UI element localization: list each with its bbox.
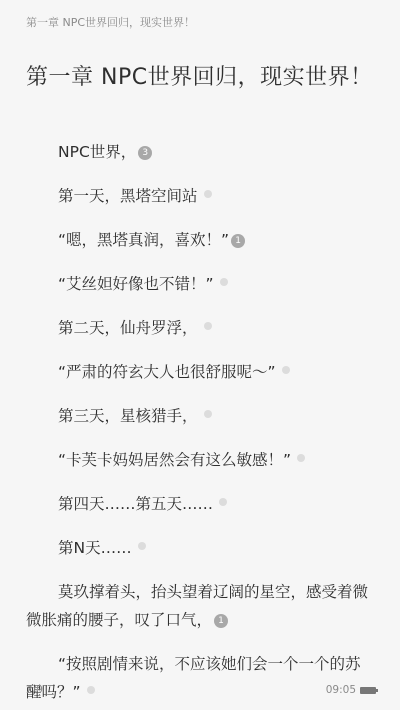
paragraph-text: NPC世界， xyxy=(58,143,136,161)
paragraph-text: “艾丝妲好像也不错！” xyxy=(58,275,214,293)
paragraph-text: “按照剧情来说，不应该她们会一个一个的苏醒吗？” xyxy=(26,655,361,701)
paragraph[interactable]: 莫玖撑着头，抬头望着辽阔的星空，感受着微微胀痛的腰子，叹了口气，1 xyxy=(26,578,374,634)
comment-count-badge[interactable]: 3 xyxy=(138,146,152,160)
paragraph-text: 第三天，星核猎手， xyxy=(58,407,198,425)
comment-count-badge[interactable]: 1 xyxy=(214,614,228,628)
comment-count-badge[interactable]: 1 xyxy=(231,234,245,248)
paragraph-text: 第四天……第五天…… xyxy=(58,495,213,513)
paragraph[interactable]: NPC世界，3 xyxy=(26,138,374,166)
paragraph[interactable]: 第一天，黑塔空间站 xyxy=(26,182,374,210)
paragraph[interactable]: 第四天……第五天…… xyxy=(26,490,374,518)
paragraph[interactable]: “严肃的符玄大人也很舒服呢～” xyxy=(26,358,374,386)
comment-dot-icon[interactable] xyxy=(138,542,146,550)
paragraph[interactable]: 第二天，仙舟罗浮， xyxy=(26,314,374,342)
comment-dot-icon[interactable] xyxy=(282,366,290,374)
battery-icon xyxy=(360,687,376,694)
page-indicator: 2/9 xyxy=(26,684,43,696)
paragraph-text: “严肃的符玄大人也很舒服呢～” xyxy=(58,363,276,381)
paragraph[interactable]: “卡芙卡妈妈居然会有这么敏感！” xyxy=(26,446,374,474)
paragraph[interactable]: “按照剧情来说，不应该她们会一个一个的苏醒吗？” xyxy=(26,650,374,706)
paragraph[interactable]: “艾丝妲好像也不错！” xyxy=(26,270,374,298)
paragraph-text: 第N天…… xyxy=(58,539,132,557)
comment-dot-icon[interactable] xyxy=(220,278,228,286)
paragraph[interactable]: 第N天…… xyxy=(26,534,374,562)
comment-dot-icon[interactable] xyxy=(87,686,95,694)
paragraph-text: “卡芙卡妈妈居然会有这么敏感！” xyxy=(58,451,291,469)
paragraph[interactable]: “嗯，黑塔真润，喜欢！”1 xyxy=(26,226,374,254)
paragraph-text: “嗯，黑塔真润，喜欢！” xyxy=(58,231,229,249)
comment-dot-icon[interactable] xyxy=(204,322,212,330)
running-header: 第一章 NPC世界回归，现实世界！ xyxy=(26,14,195,30)
paragraph-text: 第二天，仙舟罗浮， xyxy=(58,319,198,337)
comment-dot-icon[interactable] xyxy=(204,410,212,418)
paragraph-text: 莫玖撑着头，抬头望着辽阔的星空，感受着微微胀痛的腰子，叹了口气， xyxy=(26,583,368,629)
clock: 09:05 xyxy=(326,684,356,696)
paragraph[interactable]: 第三天，星核猎手， xyxy=(26,402,374,430)
comment-dot-icon[interactable] xyxy=(204,190,212,198)
chapter-content: NPC世界，3 第一天，黑塔空间站 “嗯，黑塔真润，喜欢！”1 “艾丝妲好像也不… xyxy=(26,138,374,706)
paragraph-text: 第一天，黑塔空间站 xyxy=(58,187,198,205)
status-area: 09:05 xyxy=(326,684,376,696)
comment-dot-icon[interactable] xyxy=(297,454,305,462)
chapter-title: 第一章 NPC世界回归，现实世界！ xyxy=(26,60,373,91)
comment-dot-icon[interactable] xyxy=(219,498,227,506)
